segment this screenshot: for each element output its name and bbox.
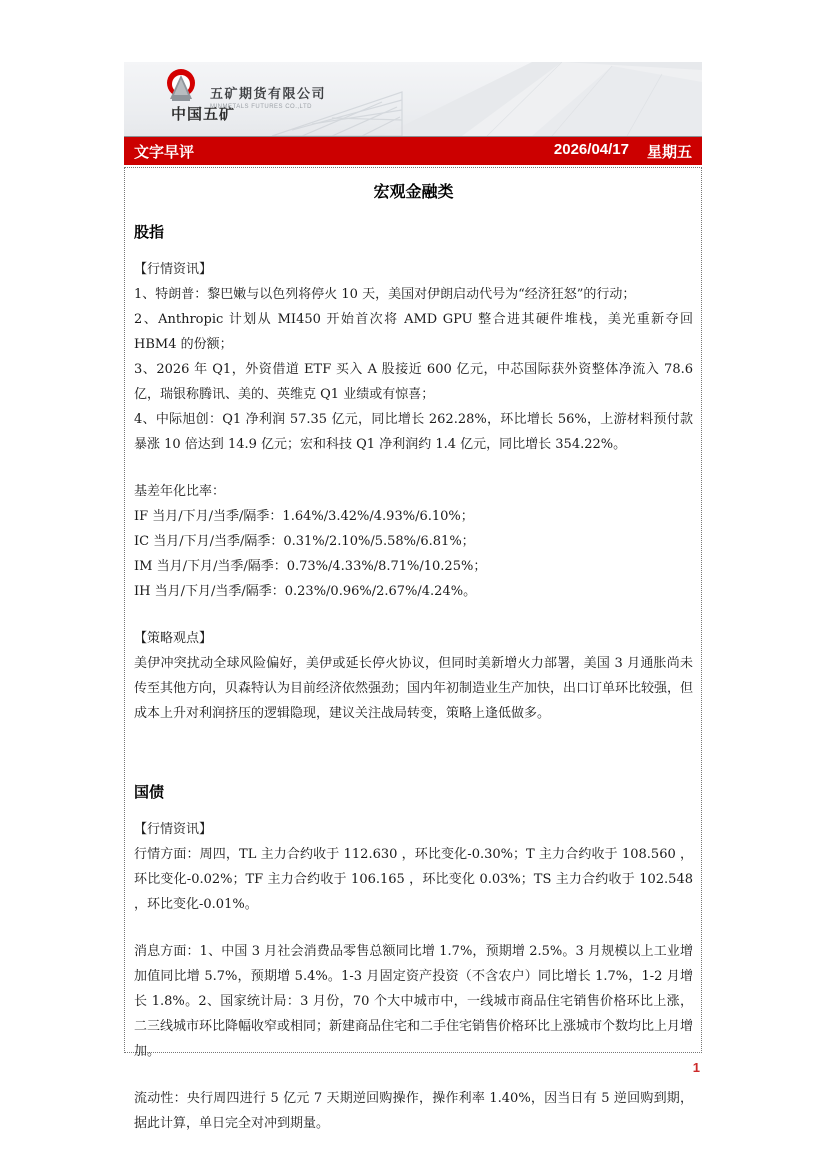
company-name-block: 五矿期货有限公司 MINMETALS FUTURES CO.,LTD	[210, 83, 450, 110]
spacer	[134, 457, 693, 479]
stock-index-info-label: 【行情资讯】	[134, 257, 693, 282]
stock-index-news-item: 1、特朗普：黎巴嫩与以色列将停火 10 天，美国对伊朗启动代号为“经济狂怒”的行…	[134, 282, 693, 307]
minmetals-logo-icon	[164, 68, 198, 108]
strategy-label: 【策略观点】	[134, 626, 693, 651]
stock-index-news-item: 2、Anthropic 计划从 MI450 开始首次将 AMD GPU 整合进其…	[134, 307, 693, 357]
basis-ratio-title: 基差年化比率：	[134, 479, 693, 504]
header: 中国五矿 五矿期货有限公司 MINMETALS FUTURES CO.,LTD	[124, 62, 702, 136]
basis-ratio-line-if: IF 当月/下月/当季/隔季：1.64%/3.42%/4.93%/6.10%；	[134, 504, 693, 529]
category-title: 宏观金融类	[134, 182, 693, 204]
spacer	[134, 726, 693, 748]
bonds-info-label: 【行情资讯】	[134, 817, 693, 842]
report-page: 中国五矿 五矿期货有限公司 MINMETALS FUTURES CO.,LTD …	[0, 0, 826, 1169]
page-number: 1	[693, 1060, 700, 1075]
basis-ratio-line-ih: IH 当月/下月/当季/隔季：0.23%/0.96%/2.67%/4.24%。	[134, 579, 693, 604]
stock-index-news-item: 4、中际旭创：Q1 净利润 57.35 亿元，同比增长 262.28%，环比增长…	[134, 407, 693, 457]
section-title-bonds: 国债	[134, 782, 693, 803]
bonds-liquidity-text: 流动性：央行周四进行 5 亿元 7 天期逆回购操作，操作利率 1.40%，因当日…	[134, 1086, 693, 1136]
bonds-news-text: 消息方面：1、中国 3 月社会消费品零售总额同比增 1.7%，预期增 2.5%。…	[134, 939, 693, 1064]
basis-ratio-line-im: IM 当月/下月/当季/隔季：0.73%/4.33%/8.71%/10.25%；	[134, 554, 693, 579]
spacer	[134, 1064, 693, 1086]
basis-ratio-line-ic: IC 当月/下月/当季/隔季：0.31%/2.10%/5.58%/6.81%；	[134, 529, 693, 554]
title-banner: 文字早评 2026/04/17 星期五	[124, 136, 702, 165]
report-weekday: 星期五	[647, 141, 692, 162]
company-name-en: MINMETALS FUTURES CO.,LTD	[210, 104, 450, 110]
stock-index-news-item: 3、2026 年 Q1，外资借道 ETF 买入 A 股接近 600 亿元，中芯国…	[134, 357, 693, 407]
section-title-stock-index: 股指	[134, 222, 693, 243]
bonds-market-text: 行情方面：周四，TL 主力合约收于 112.630 ，环比变化-0.30%；T …	[134, 842, 693, 917]
banner-title: 文字早评	[134, 141, 194, 162]
report-body: 宏观金融类 股指 【行情资讯】 1、特朗普：黎巴嫩与以色列将停火 10 天，美国…	[124, 167, 702, 1053]
spacer	[134, 917, 693, 939]
spacer	[134, 604, 693, 626]
report-date: 2026/04/17	[554, 141, 629, 162]
company-name-cn: 五矿期货有限公司	[210, 83, 450, 102]
strategy-text: 美伊冲突扰动全球风险偏好，美伊或延长停火协议，但同时美新增火力部署，美国 3 月…	[134, 651, 693, 726]
banner-date: 2026/04/17 星期五	[554, 141, 692, 162]
